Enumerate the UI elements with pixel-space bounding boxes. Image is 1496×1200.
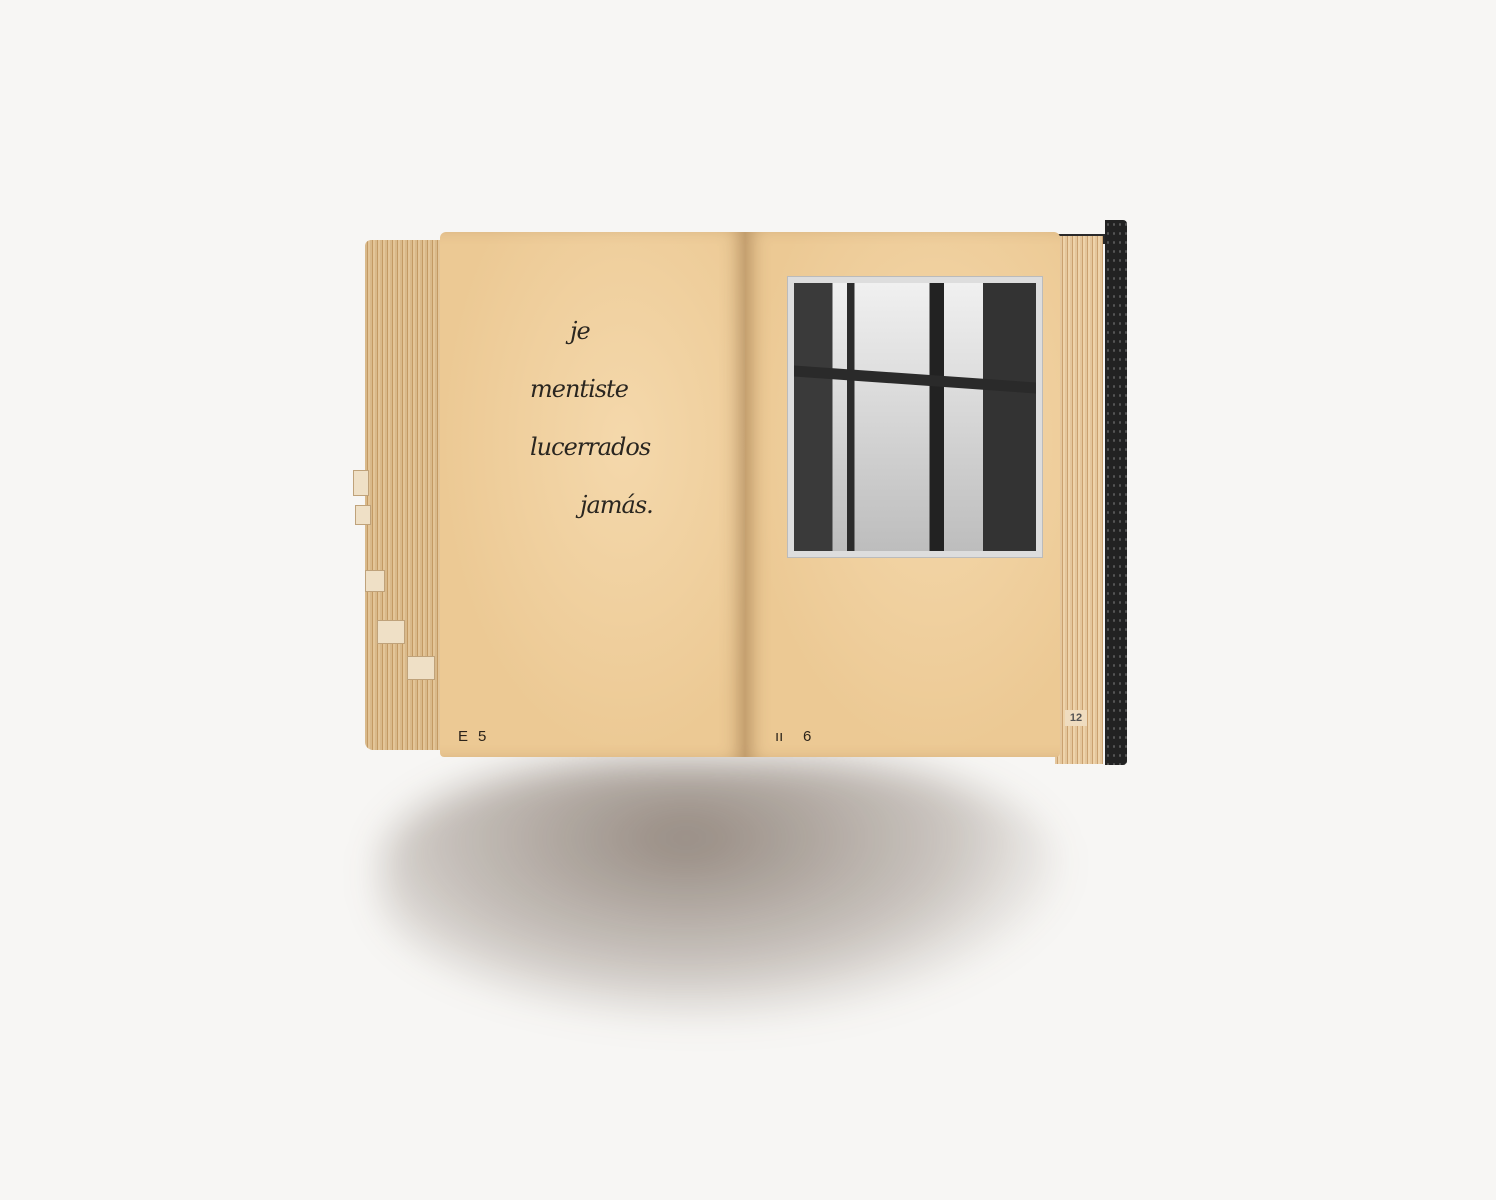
page-tab (355, 505, 371, 525)
handwriting-line: jamás. (580, 476, 653, 534)
page-marker: E (458, 728, 468, 745)
page-marker: ıı (775, 728, 783, 745)
handwriting-line: lucerrados (530, 418, 653, 476)
page-tab (365, 570, 385, 592)
page-tab (353, 470, 369, 496)
handwriting-line: je (570, 302, 653, 360)
page-number: 6 (803, 728, 811, 745)
page-number: 5 (478, 728, 486, 745)
open-book: 12 je mentiste lucerrados jamás. E 5 ıı … (365, 220, 1125, 765)
back-cover (1105, 220, 1127, 765)
page-edges-right (1055, 236, 1103, 764)
left-page: je mentiste lucerrados jamás. E 5 (440, 232, 745, 757)
handwritten-poem: je mentiste lucerrados jamás. (530, 302, 653, 534)
window-photograph (787, 276, 1043, 558)
book-shadow (380, 760, 1060, 1020)
right-page: ıı 6 (745, 232, 1060, 757)
page-tab (407, 656, 435, 680)
photo-image (794, 283, 1036, 551)
page-tab-12: 12 (1065, 710, 1087, 726)
handwriting-line: mentiste (530, 360, 653, 418)
page-tab (377, 620, 405, 644)
